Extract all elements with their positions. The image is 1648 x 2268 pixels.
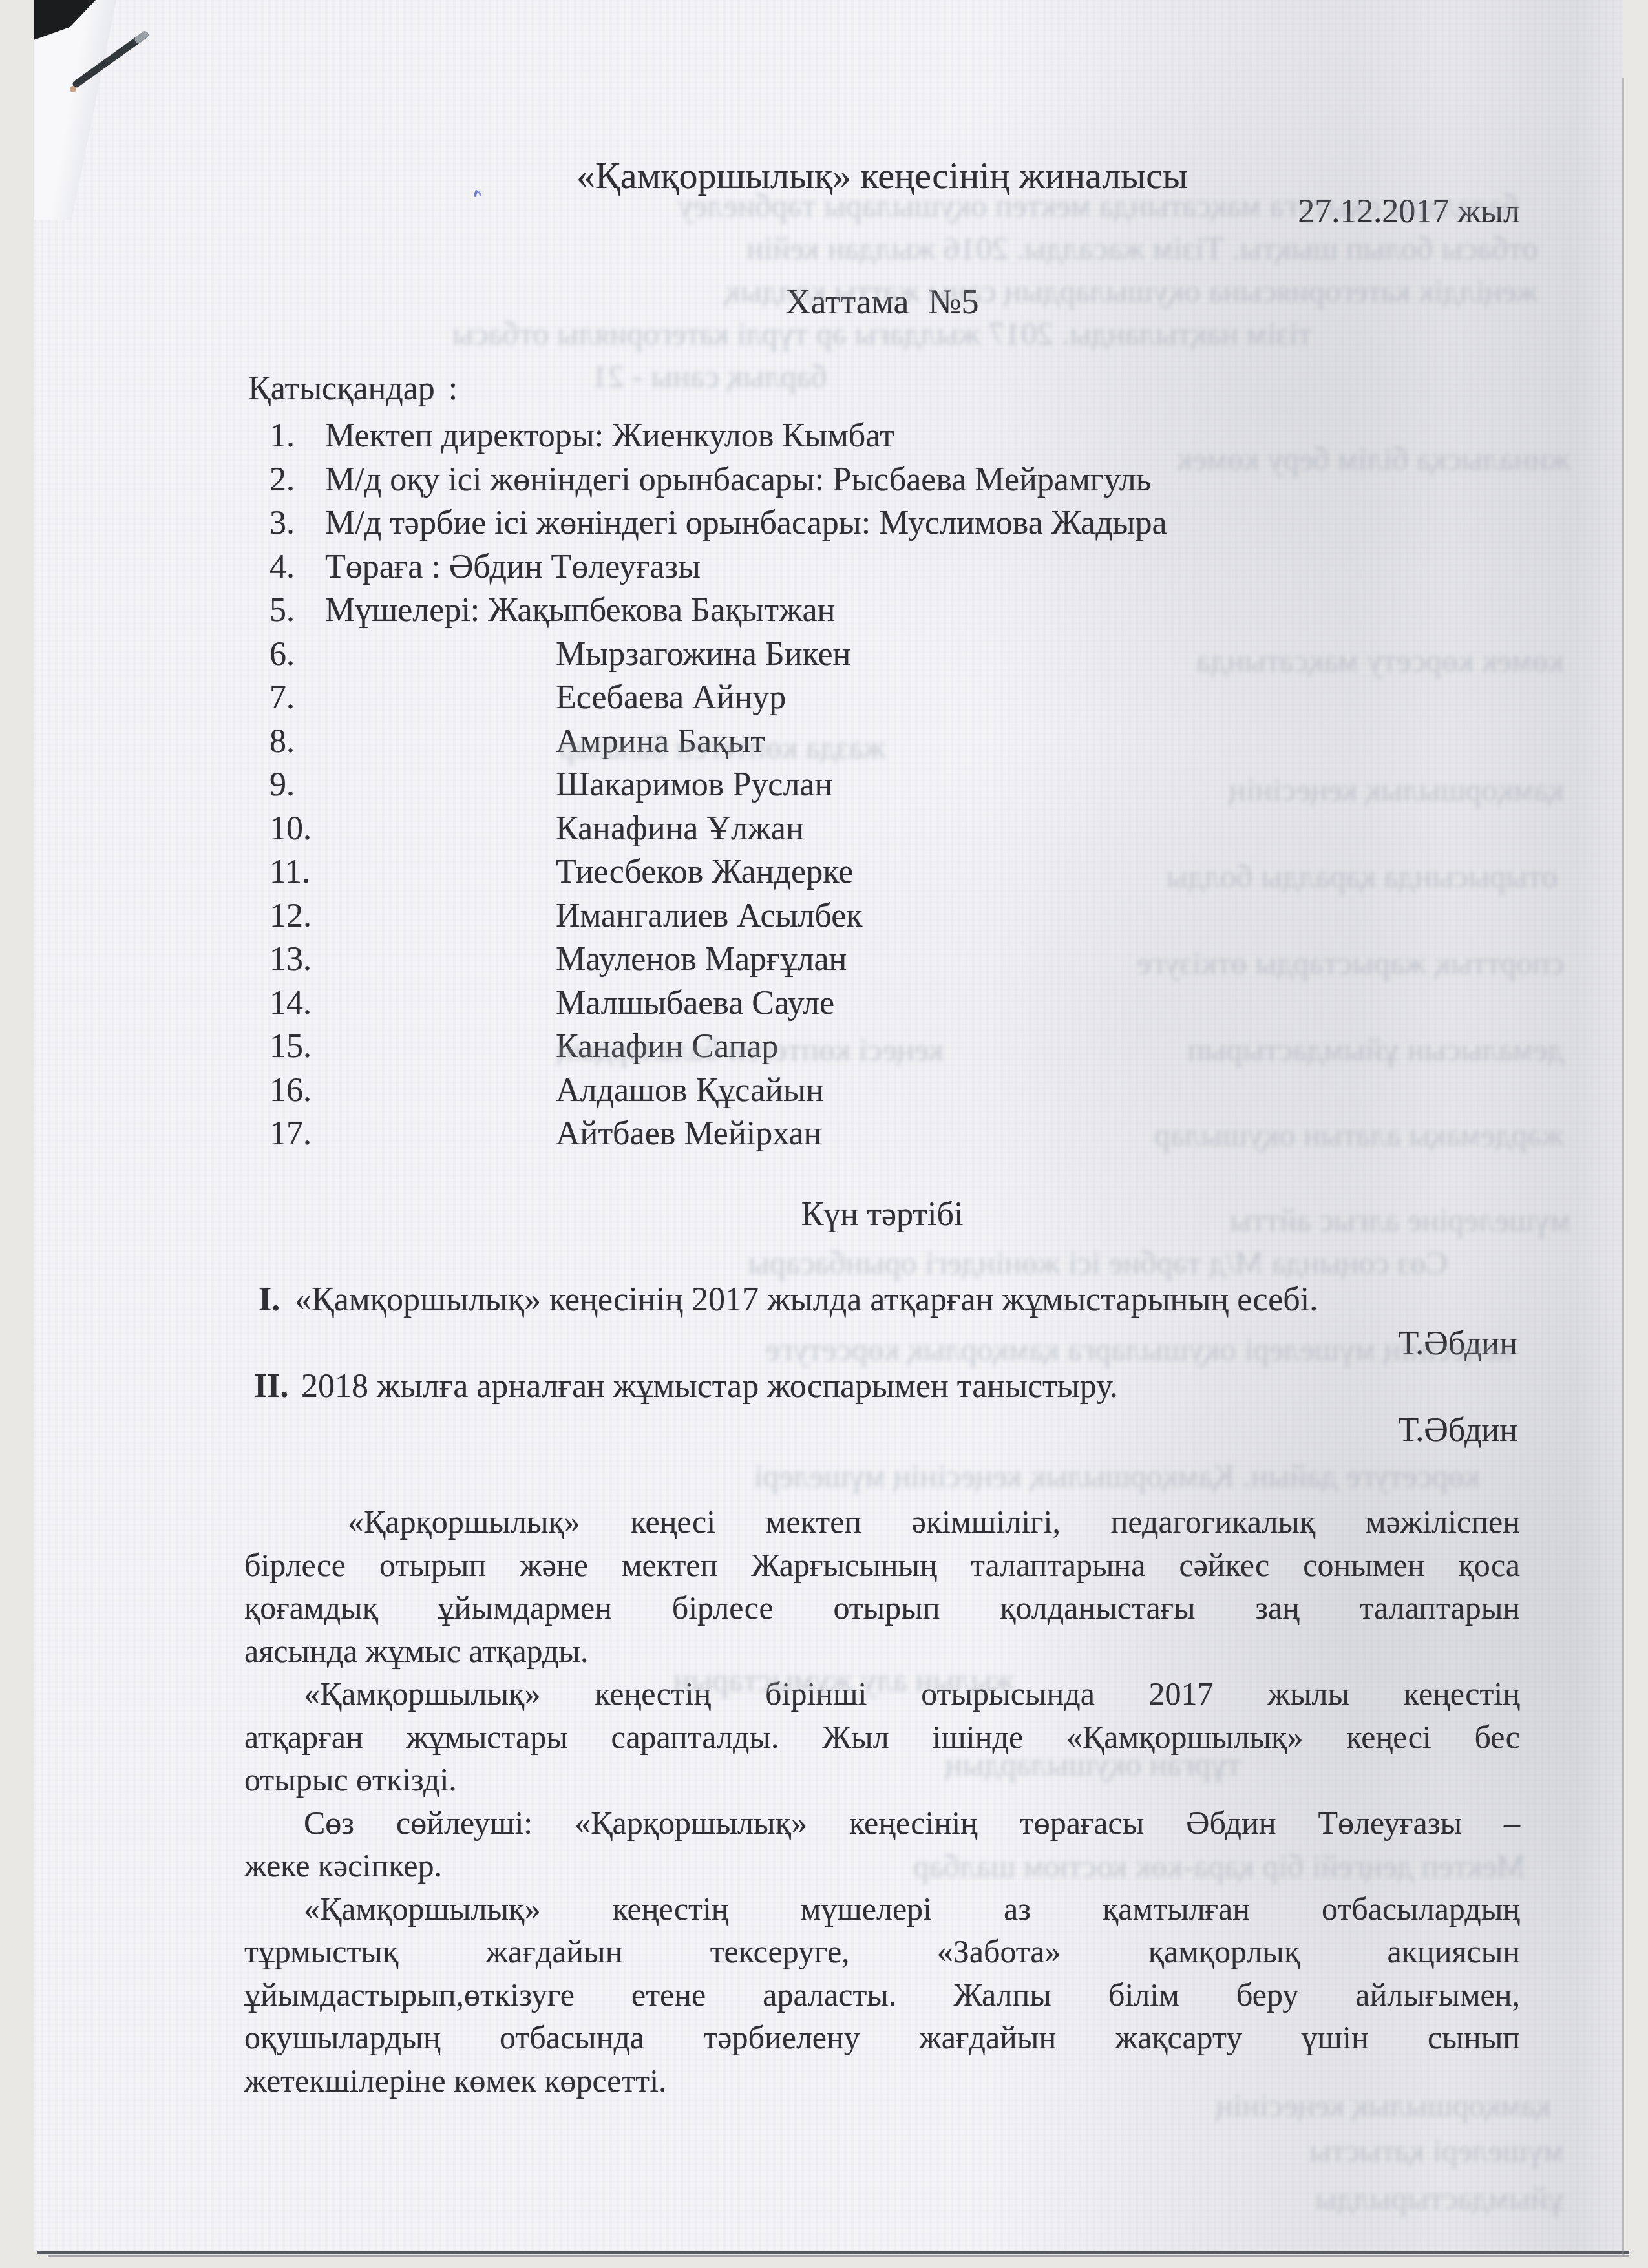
document-content: «Қамқоршылық» кеңесінің жиналысы 27.12.2… [244, 0, 1520, 2252]
participant-name: Имангалиев Асылбек [556, 897, 863, 935]
participant-row: 1.Мектеп директоры: Жиенкулов Кымбат [244, 417, 1520, 460]
participant-row: 7.Есебаева Айнур [244, 678, 1520, 722]
participants-heading: Қатысқандар : [248, 370, 458, 408]
participant-number: 4. [269, 548, 295, 586]
page-right-edge [1622, 78, 1624, 2255]
body-line: Сөз сөйлеуші: «Қарқоршылық» кеңесінің тө… [244, 1801, 1520, 1845]
participant-number: 1. [269, 417, 295, 455]
participant-name: Алдашов Құсайын [556, 1071, 824, 1109]
participant-name: Канафин Сапар [556, 1027, 778, 1066]
participant-number: 7. [269, 678, 295, 717]
agenda-item-text: «Қамқоршылық» кеңесінің 2017 жылда атқар… [295, 1281, 1318, 1319]
participant-role-label: М/д оқу ісі жөніндегі орынбасары: Рысбае… [325, 461, 1152, 499]
body-line: аясында жұмыс атқарды. [244, 1630, 1520, 1673]
participant-number: 11. [269, 853, 310, 891]
page-bottom-edge-shadow [48, 2255, 1629, 2257]
participant-row: 12.Имангалиев Асылбек [244, 897, 1520, 940]
participant-row: 4.Төраға : Әбдин Төлеуғазы [244, 548, 1520, 591]
participant-role-label: Мектеп директоры: Жиенкулов Кымбат [325, 417, 894, 455]
participant-name: Есебаева Айнур [556, 678, 786, 717]
participant-row: 17.Айтбаев Мейірхан [244, 1115, 1520, 1158]
body-line: «Қамқоршылық» кеңестің мүшелері аз қамты… [244, 1887, 1520, 1931]
participant-number: 16. [269, 1071, 312, 1109]
body-line: тұрмыстық жағдайын тексеруге, «Забота» қ… [244, 1930, 1520, 1973]
page-bottom-edge [37, 2251, 1629, 2254]
agenda-heading: Күн тәртібі [244, 1195, 1520, 1234]
document-title: «Қамқоршылық» кеңесінің жиналысы [244, 154, 1520, 197]
participant-name: Малшыбаева Сауле [556, 984, 834, 1022]
participant-number: 17. [269, 1115, 312, 1153]
participant-number: 9. [269, 766, 295, 804]
participant-row: 13.Мауленов Марғұлан [244, 940, 1520, 983]
participant-number: 2. [269, 461, 295, 499]
participant-number: 5. [269, 591, 295, 629]
participant-number: 13. [269, 940, 312, 978]
participant-role-label: М/д тәрбие ісі жөніндегі орынбасары: Мус… [325, 504, 1167, 542]
participant-name: Тиесбеков Жандерке [556, 853, 853, 891]
participant-row: 15.Канафин Сапар [244, 1027, 1520, 1071]
participant-number: 15. [269, 1027, 312, 1066]
body-line: оқушылардың отбасында тәрбиелену жағдайы… [244, 2016, 1520, 2059]
body-text: «Қарқоршылық» кеңесі мектеп әкімшілігі, … [244, 1500, 1520, 2102]
agenda-signature: Т.Әбдин [1399, 1325, 1517, 1363]
protocol-number: Хаттама №5 [244, 282, 1520, 322]
document-date: 27.12.2017 жыл [244, 193, 1520, 231]
participant-number: 14. [269, 984, 312, 1022]
participant-name: Мырзагожина Бикен [556, 635, 850, 673]
body-line: жетекшілеріне көмек көрсетті. [244, 2059, 1520, 2103]
participant-role-label: Мүшелері: Жақыпбекова Бақытжан [325, 591, 835, 629]
participant-number: 12. [269, 897, 312, 935]
participant-name: Шакаримов Руслан [556, 766, 832, 804]
participant-number: 6. [269, 635, 295, 673]
participant-row: 2.М/д оқу ісі жөніндегі орынбасары: Рысб… [244, 461, 1520, 504]
agenda-item-number: II. [254, 1367, 288, 1405]
pen-mark-icon [53, 17, 221, 146]
participant-row: 10.Канафина Ұлжан [244, 810, 1520, 853]
agenda-item-number: I. [259, 1281, 280, 1319]
body-line: «Қамқоршылық» кеңестің бірінші отырысынд… [244, 1672, 1520, 1716]
scanned-page: «Қамқоршылық» кеңесінің жиналысы 27.12.2… [34, 0, 1623, 2252]
participant-name: Мауленов Марғұлан [556, 940, 847, 978]
participant-name: Канафина Ұлжан [556, 810, 804, 848]
body-line: «Қарқоршылық» кеңесі мектеп әкімшілігі, … [244, 1500, 1520, 1544]
agenda-signature: Т.Әбдин [1399, 1411, 1517, 1449]
participant-name: Айтбаев Мейірхан [556, 1115, 821, 1153]
participant-row: 9.Шакаримов Руслан [244, 766, 1520, 809]
body-line: отырыс өткізді. [244, 1758, 1520, 1801]
participant-row: 14.Малшыбаева Сауле [244, 984, 1520, 1027]
participant-row: 16.Алдашов Құсайын [244, 1071, 1520, 1115]
participant-name: Амрина Бақыт [556, 722, 765, 761]
participant-row: 6.Мырзагожина Бикен [244, 635, 1520, 678]
participant-row: 5.Мүшелері: Жақыпбекова Бақытжан [244, 591, 1520, 635]
participant-number: 10. [269, 810, 312, 848]
participant-role-label: Төраға : Әбдин Төлеуғазы [325, 548, 701, 586]
participant-number: 3. [269, 504, 295, 542]
agenda-item-text: 2018 жылға арналған жұмыстар жоспарымен … [301, 1367, 1118, 1405]
body-line: бірлесе отырып және мектеп Жарғысының та… [244, 1544, 1520, 1587]
body-line: қоғамдық ұйымдармен бірлесе отырып қолда… [244, 1586, 1520, 1630]
participant-row: 8.Амрина Бақыт [244, 722, 1520, 766]
participant-number: 8. [269, 722, 295, 761]
participant-row: 3.М/д тәрбие ісі жөніндегі орынбасары: М… [244, 504, 1520, 547]
body-line: ұйымдастырып,өткізуге етене араласты. Жа… [244, 1973, 1520, 2017]
participant-row: 11.Тиесбеков Жандерке [244, 853, 1520, 896]
body-line: атқарған жұмыстары сарапталды. Жыл ішінд… [244, 1716, 1520, 1759]
body-line: жеке кәсіпкер. [244, 1844, 1520, 1887]
